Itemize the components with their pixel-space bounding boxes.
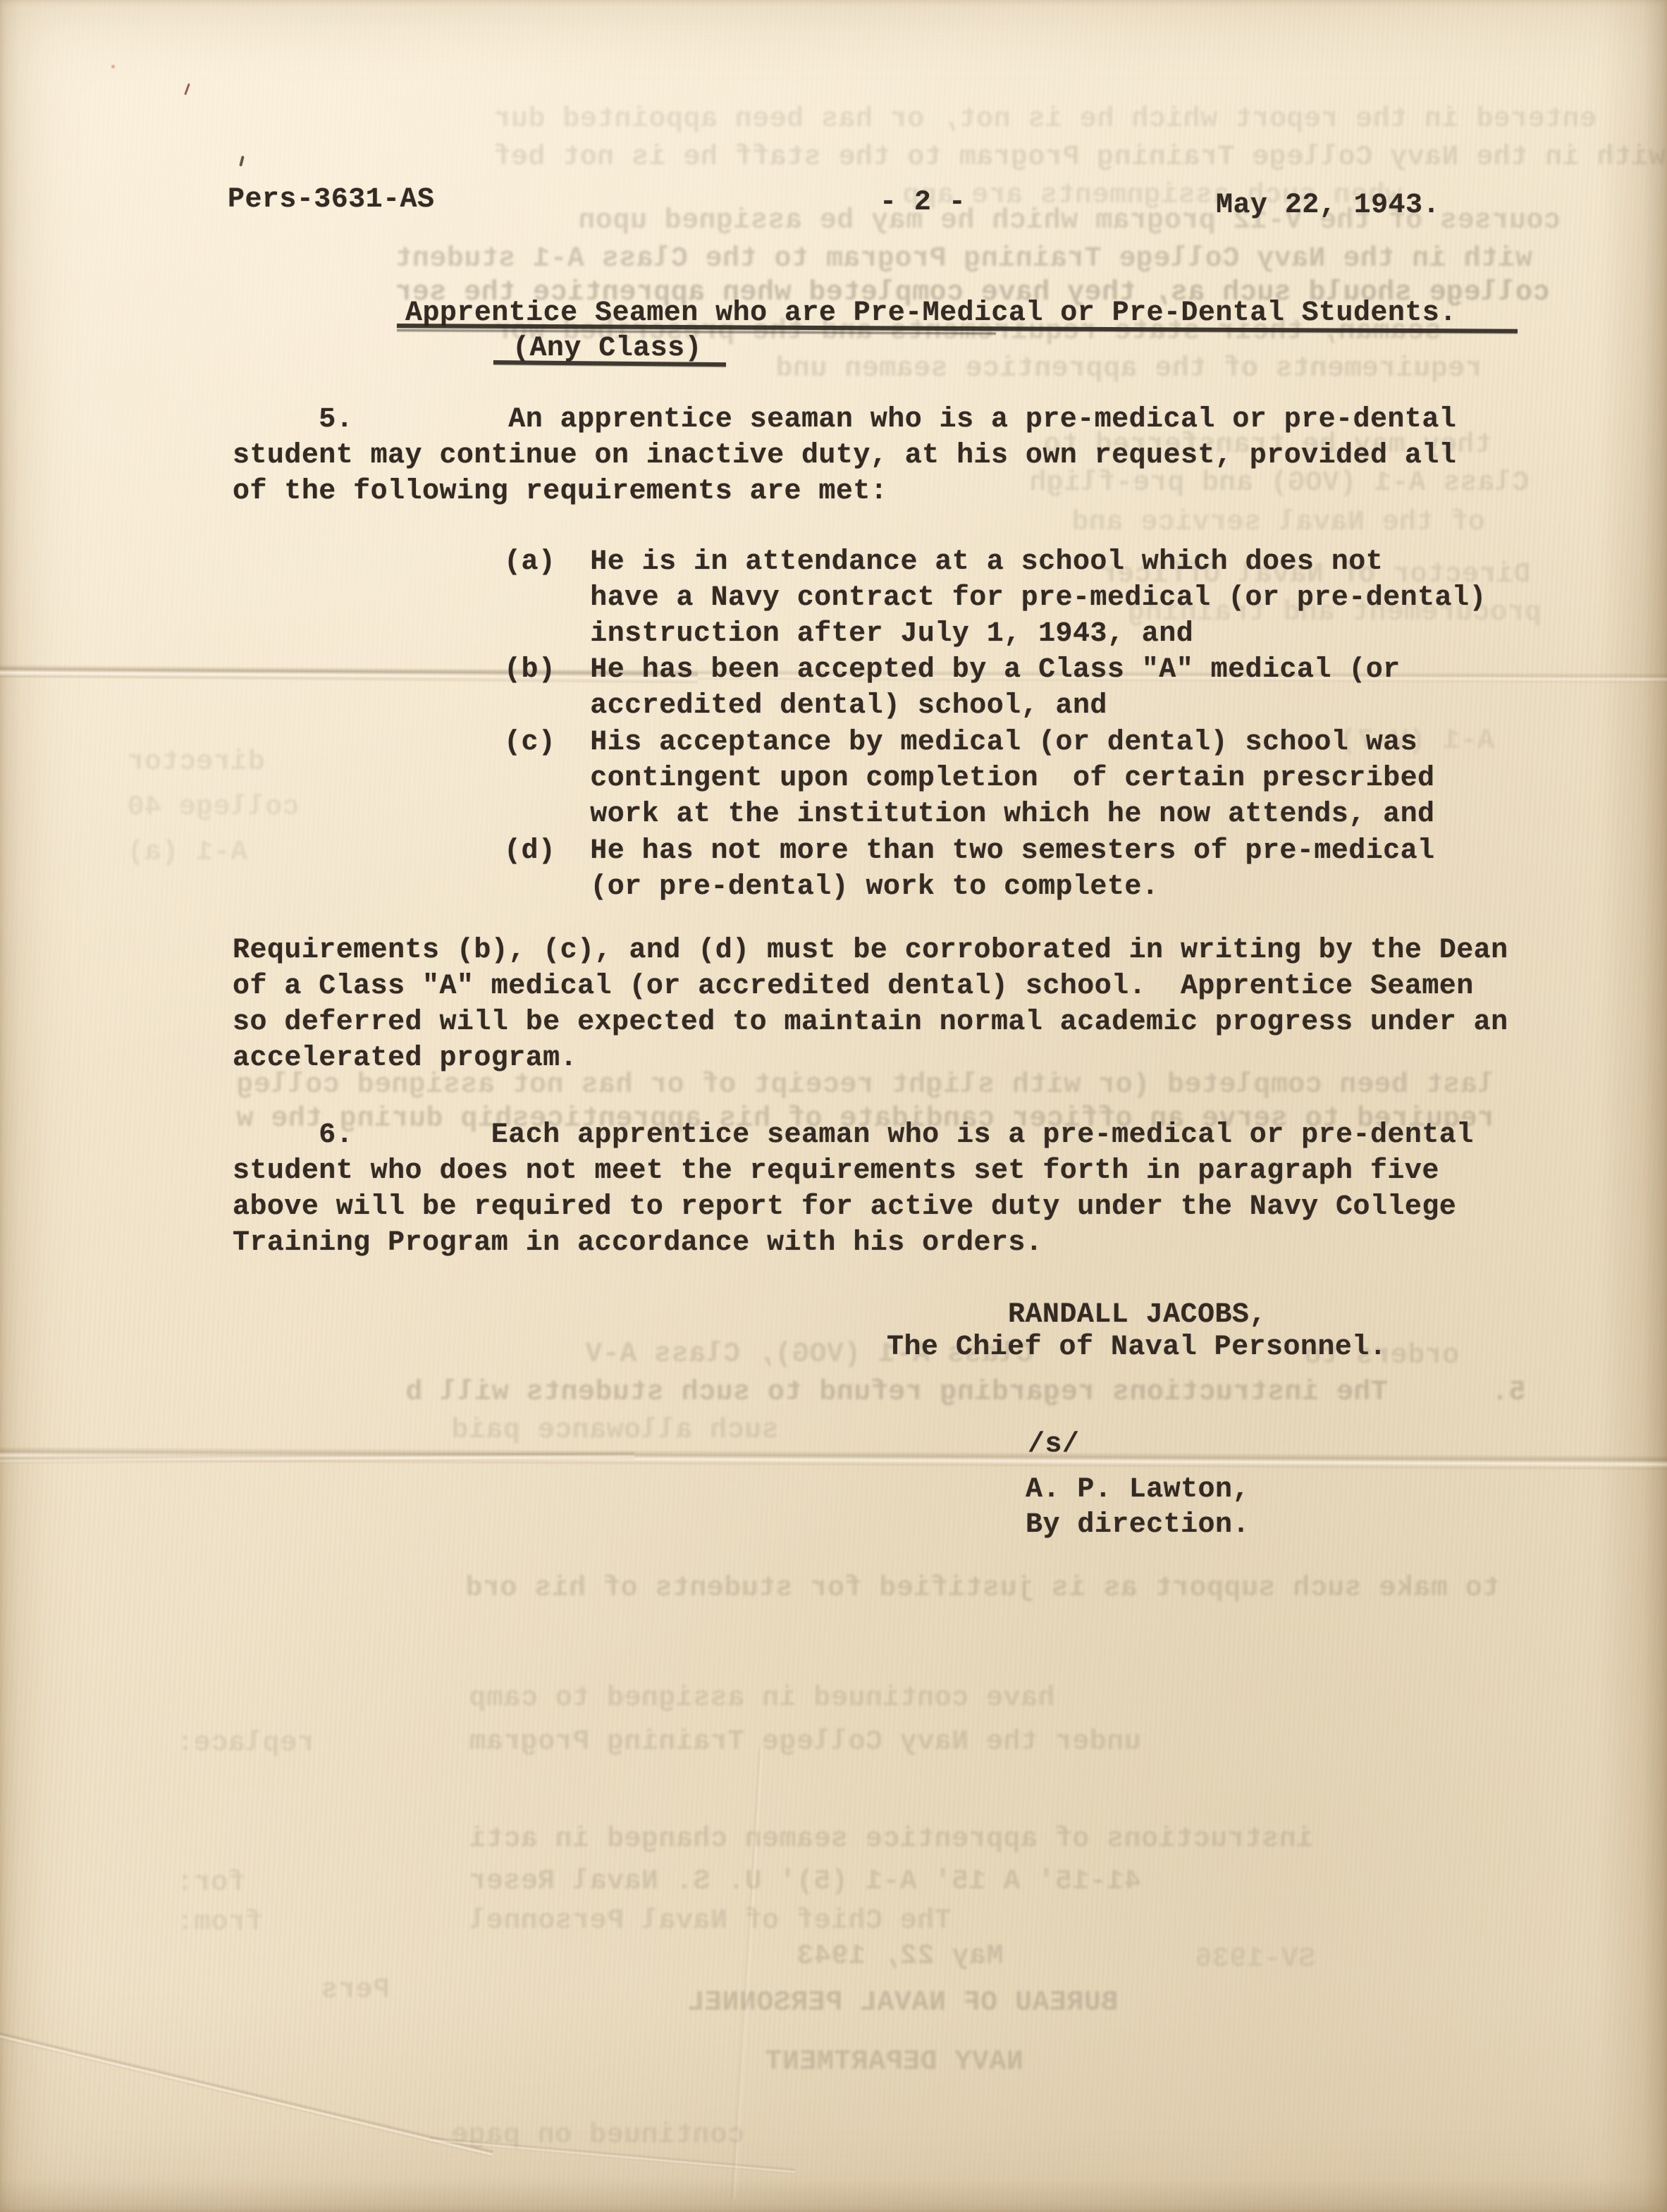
paragraph-6: 6. Each apprentice seaman who is a pre-m… <box>233 1117 1474 1261</box>
scanned-letter-page: entered in the report which he is not, o… <box>0 0 1667 2212</box>
paragraph-requirements: Requirements (b), (c), and (d) must be c… <box>233 933 1508 1076</box>
wrinkle-vertical <box>730 1749 764 2199</box>
bleedthrough-text-line: replace: <box>176 1727 314 1761</box>
bleedthrough-text-line: to make such support as is justified for… <box>465 1572 1499 1606</box>
bleedthrough-text-line: requirements of the apprentice seamen un… <box>775 352 1482 386</box>
bleedthrough-text-line: for: <box>176 1867 245 1900</box>
bleedthrough-text-line: BUREAU OF NAVAL PERSONNEL <box>687 1986 1118 2020</box>
bleedthrough-text-line: NAVY DEPARTMENT <box>765 2046 1023 2079</box>
document-date: May 22, 1943. <box>1216 188 1440 223</box>
signer-by-direction: By direction. <box>1026 1507 1250 1543</box>
signature-title: The Chief of Naval Personnel. <box>887 1329 1386 1365</box>
signer-name: A. P. Lawton, <box>1026 1472 1250 1508</box>
bleedthrough-text-line: with in the Navy College Training Progra… <box>493 141 1666 175</box>
signed-s-mark: /s/ <box>1028 1427 1079 1463</box>
bleedthrough-text-line: have continued in assigned to camp <box>469 1682 1054 1716</box>
bleedthrough-text-line: from: <box>176 1906 262 1940</box>
signature-name: RANDALL JACOBS, <box>1008 1297 1267 1333</box>
page-number: - 2 - <box>880 185 966 221</box>
bleedthrough-text-line: instructions of apprentice seamen change… <box>469 1823 1313 1857</box>
bleedthrough-text-line: A-1 (a) <box>127 836 247 870</box>
corner-crease-diagonal-2 <box>430 2136 796 2175</box>
fold-crease-lower <box>0 1446 1667 1471</box>
red-speck <box>111 65 115 68</box>
bleedthrough-text-line: entered in the report which he is not, o… <box>493 103 1597 137</box>
corner-crease-diagonal <box>0 2024 493 2158</box>
fold-crease-lower-left <box>0 1451 634 1465</box>
ink-apostrophe-mark <box>239 156 245 167</box>
bleedthrough-text-line: The Chief of Naval Personnel <box>469 1905 952 1938</box>
red-fiber-mark <box>184 83 190 95</box>
bleedthrough-text-line: 41-15' A 15' A-1 (5)' U. S. Naval Reser <box>469 1865 1141 1899</box>
list-item-a: (a) He is in attendance at a school whic… <box>504 544 1487 652</box>
bleedthrough-text-line: Pers <box>321 1974 390 2008</box>
bleedthrough-text-line: continued on page <box>451 2119 744 2153</box>
list-item-b: (b) He has been accepted by a Class "A" … <box>504 652 1401 724</box>
bleedthrough-text-line: college 40 <box>127 791 300 825</box>
bleedthrough-text-line: director <box>127 746 265 780</box>
bleedthrough-text-line: May 22, 1943 <box>796 1940 1003 1974</box>
bleedthrough-text-line: under the Navy College Training Program <box>469 1726 1141 1759</box>
document-reference-number: Pers-3631-AS <box>228 182 434 218</box>
bleedthrough-text-line: SV-1936 <box>1195 1943 1315 1977</box>
bleedthrough-text-line: such allowance paid <box>451 1414 779 1448</box>
paragraph-5: 5. An apprentice seaman who is a pre-med… <box>233 402 1456 510</box>
list-item-d: (d) He has not more than two semesters o… <box>504 833 1435 905</box>
bleedthrough-text-line: with in the Navy College Training Progra… <box>395 242 1532 276</box>
bleedthrough-text-line: of the Naval service and <box>1071 506 1485 540</box>
list-item-c: (c) His acceptance by medical (or dental… <box>504 725 1435 832</box>
bleedthrough-text-line: 5. The instructions regarding refund to … <box>405 1376 1526 1410</box>
